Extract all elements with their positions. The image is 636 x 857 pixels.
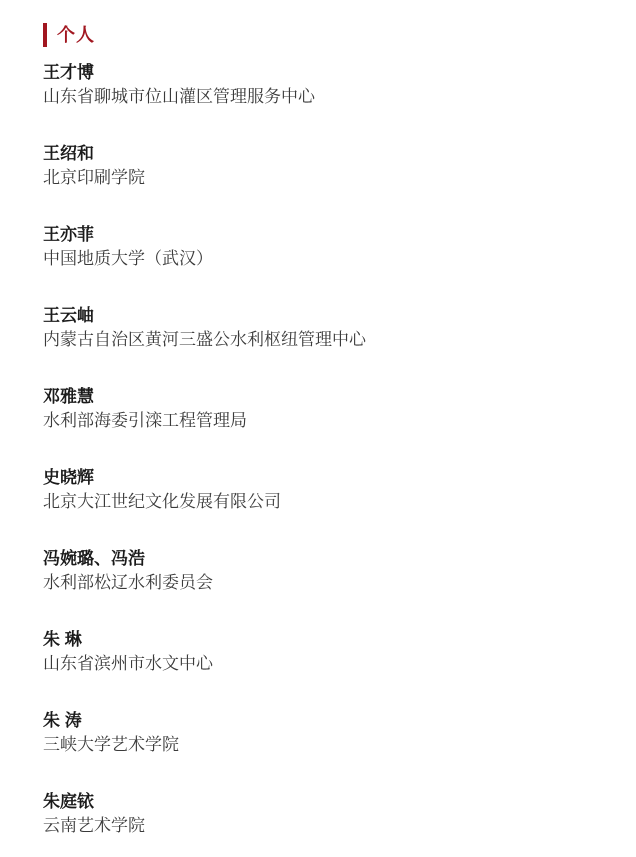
section-header: 个人 [43, 23, 616, 47]
person-organization: 北京大江世纪文化发展有限公司 [43, 490, 616, 514]
list-item: 王才博 山东省聊城市位山灌区管理服务中心 [43, 61, 616, 109]
person-name: 王绍和 [43, 142, 616, 166]
person-organization: 三峡大学艺术学院 [43, 733, 616, 757]
person-name: 王亦菲 [43, 223, 616, 247]
list-item: 王云岫 内蒙古自治区黄河三盛公水利枢纽管理中心 [43, 304, 616, 352]
list-item: 朱 涛 三峡大学艺术学院 [43, 709, 616, 757]
list-item: 王绍和 北京印刷学院 [43, 142, 616, 190]
person-name: 朱 涛 [43, 709, 616, 733]
list-item: 王亦菲 中国地质大学（武汉） [43, 223, 616, 271]
person-organization: 内蒙古自治区黄河三盛公水利枢纽管理中心 [43, 328, 616, 352]
list-item: 冯婉璐、冯浩 水利部松辽水利委员会 [43, 547, 616, 595]
article-content: 个人 王才博 山东省聊城市位山灌区管理服务中心 王绍和 北京印刷学院 王亦菲 中… [0, 0, 636, 838]
section-accent-bar [43, 23, 47, 47]
person-organization: 山东省滨州市水文中心 [43, 652, 616, 676]
person-name: 冯婉璐、冯浩 [43, 547, 616, 571]
list-item: 朱 琳 山东省滨州市水文中心 [43, 628, 616, 676]
person-name: 史晓辉 [43, 466, 616, 490]
person-name: 邓雅慧 [43, 385, 616, 409]
person-organization: 中国地质大学（武汉） [43, 247, 616, 271]
list-item: 朱庭铱 云南艺术学院 [43, 790, 616, 838]
person-organization: 北京印刷学院 [43, 166, 616, 190]
list-item: 史晓辉 北京大江世纪文化发展有限公司 [43, 466, 616, 514]
person-organization: 水利部海委引滦工程管理局 [43, 409, 616, 433]
person-name: 朱庭铱 [43, 790, 616, 814]
person-organization: 山东省聊城市位山灌区管理服务中心 [43, 85, 616, 109]
person-organization: 水利部松辽水利委员会 [43, 571, 616, 595]
section-title: 个人 [57, 23, 95, 47]
person-name: 王云岫 [43, 304, 616, 328]
person-organization: 云南艺术学院 [43, 814, 616, 838]
list-item: 邓雅慧 水利部海委引滦工程管理局 [43, 385, 616, 433]
person-name: 朱 琳 [43, 628, 616, 652]
person-name: 王才博 [43, 61, 616, 85]
